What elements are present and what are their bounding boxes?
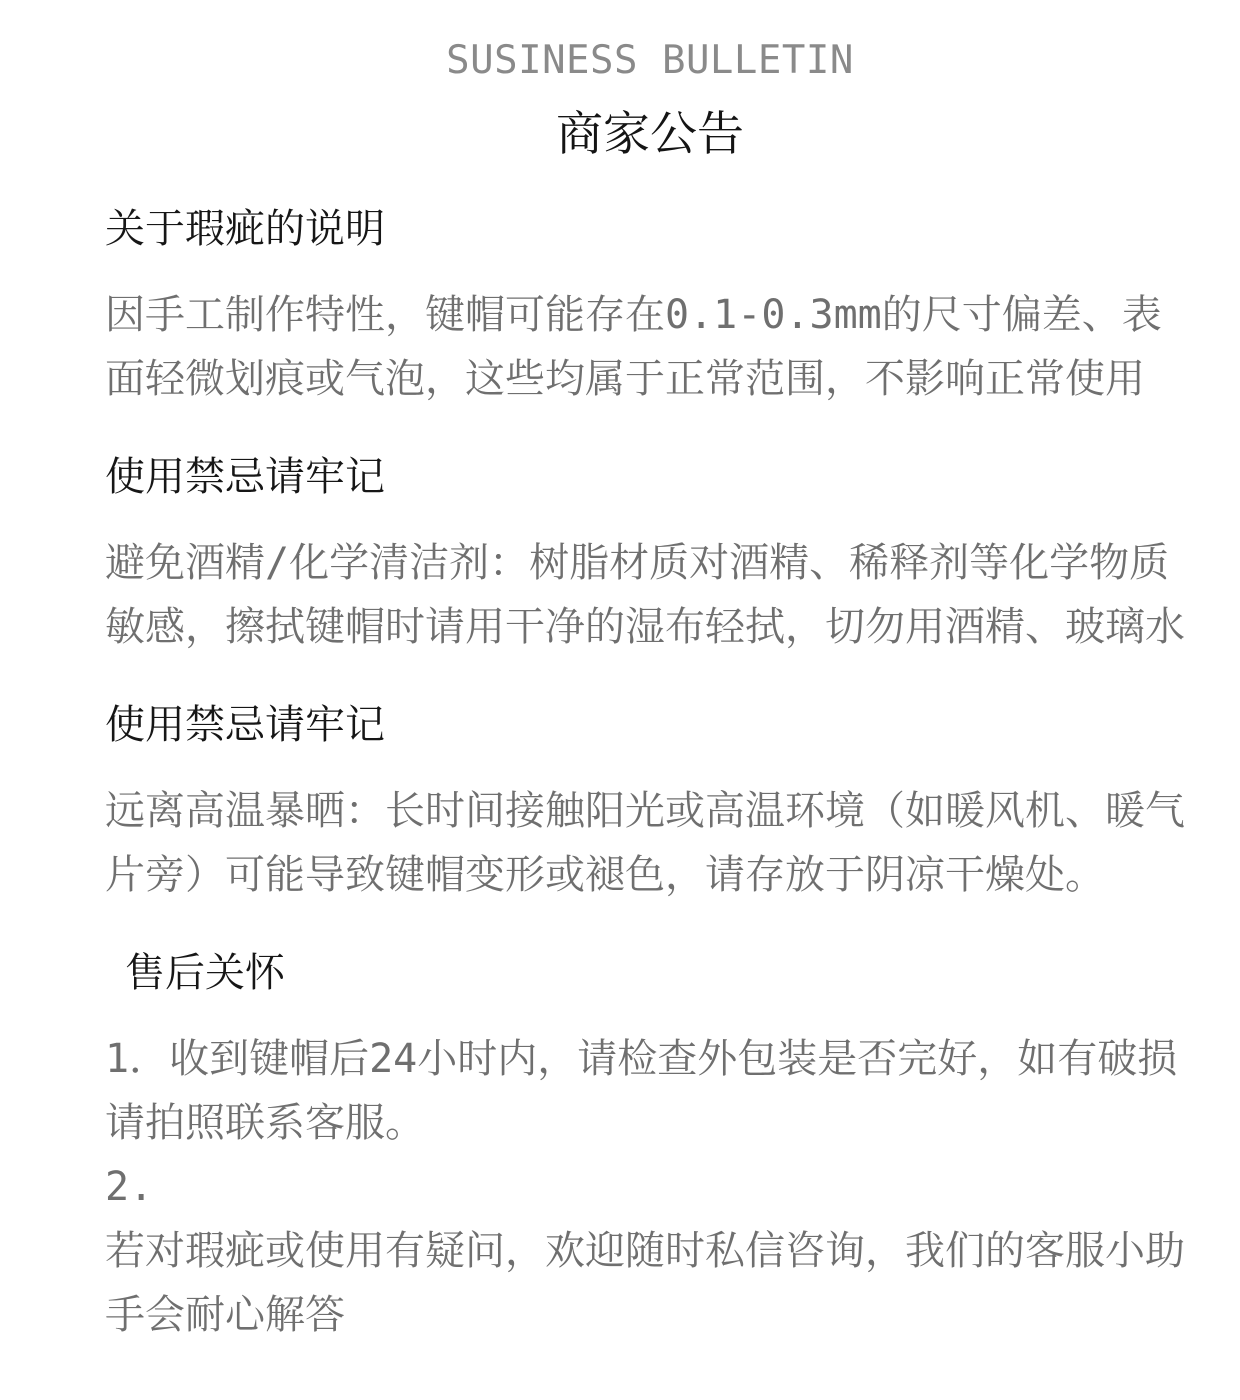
- section-after-sales: 售后关怀 1．收到键帽后24小时内，请检查外包装是否完好，如有破损请拍照联系客服…: [105, 949, 1195, 1347]
- section-heading: 使用禁忌请牢记: [105, 453, 1195, 501]
- after-sales-item-1: 1．收到键帽后24小时内，请检查外包装是否完好，如有破损请拍照联系客服。: [105, 1027, 1195, 1155]
- page-title-cn: 商家公告: [105, 107, 1195, 163]
- page-title-en: SUSINESS BULLETIN: [105, 38, 1195, 85]
- section-paragraph: 因手工制作特性，键帽可能存在0.1-0.3mm的尺寸偏差、表面轻微划痕或气泡，这…: [105, 283, 1195, 411]
- section-paragraph: 避免酒精/化学清洁剂：树脂材质对酒精、稀释剂等化学物质敏感，擦拭键帽时请用干净的…: [105, 531, 1195, 659]
- section-heading: 售后关怀: [125, 949, 1195, 997]
- bulletin-content: SUSINESS BULLETIN 商家公告 关于瑕疵的说明 因手工制作特性，键…: [105, 38, 1195, 1347]
- section-usage-taboo-chemicals: 使用禁忌请牢记 避免酒精/化学清洁剂：树脂材质对酒精、稀释剂等化学物质敏感，擦拭…: [105, 453, 1195, 659]
- section-paragraph: 远离高温暴晒：长时间接触阳光或高温环境（如暖风机、暖气片旁）可能导致键帽变形或褪…: [105, 779, 1195, 907]
- section-heading: 关于瑕疵的说明: [105, 205, 1195, 253]
- section-defect-notes: 关于瑕疵的说明 因手工制作特性，键帽可能存在0.1-0.3mm的尺寸偏差、表面轻…: [105, 205, 1195, 411]
- after-sales-item-2-text: 若对瑕疵或使用有疑问，欢迎随时私信咨询，我们的客服小助手会耐心解答: [105, 1219, 1195, 1347]
- section-heading: 使用禁忌请牢记: [105, 701, 1195, 749]
- after-sales-item-2-number: 2.: [105, 1155, 1195, 1219]
- section-usage-taboo-heat: 使用禁忌请牢记 远离高温暴晒：长时间接触阳光或高温环境（如暖风机、暖气片旁）可能…: [105, 701, 1195, 907]
- bulletin-page: SUSINESS BULLETIN 商家公告 关于瑕疵的说明 因手工制作特性，键…: [0, 0, 1240, 1400]
- section-paragraph-group: 1．收到键帽后24小时内，请检查外包装是否完好，如有破损请拍照联系客服。 2. …: [105, 1027, 1195, 1347]
